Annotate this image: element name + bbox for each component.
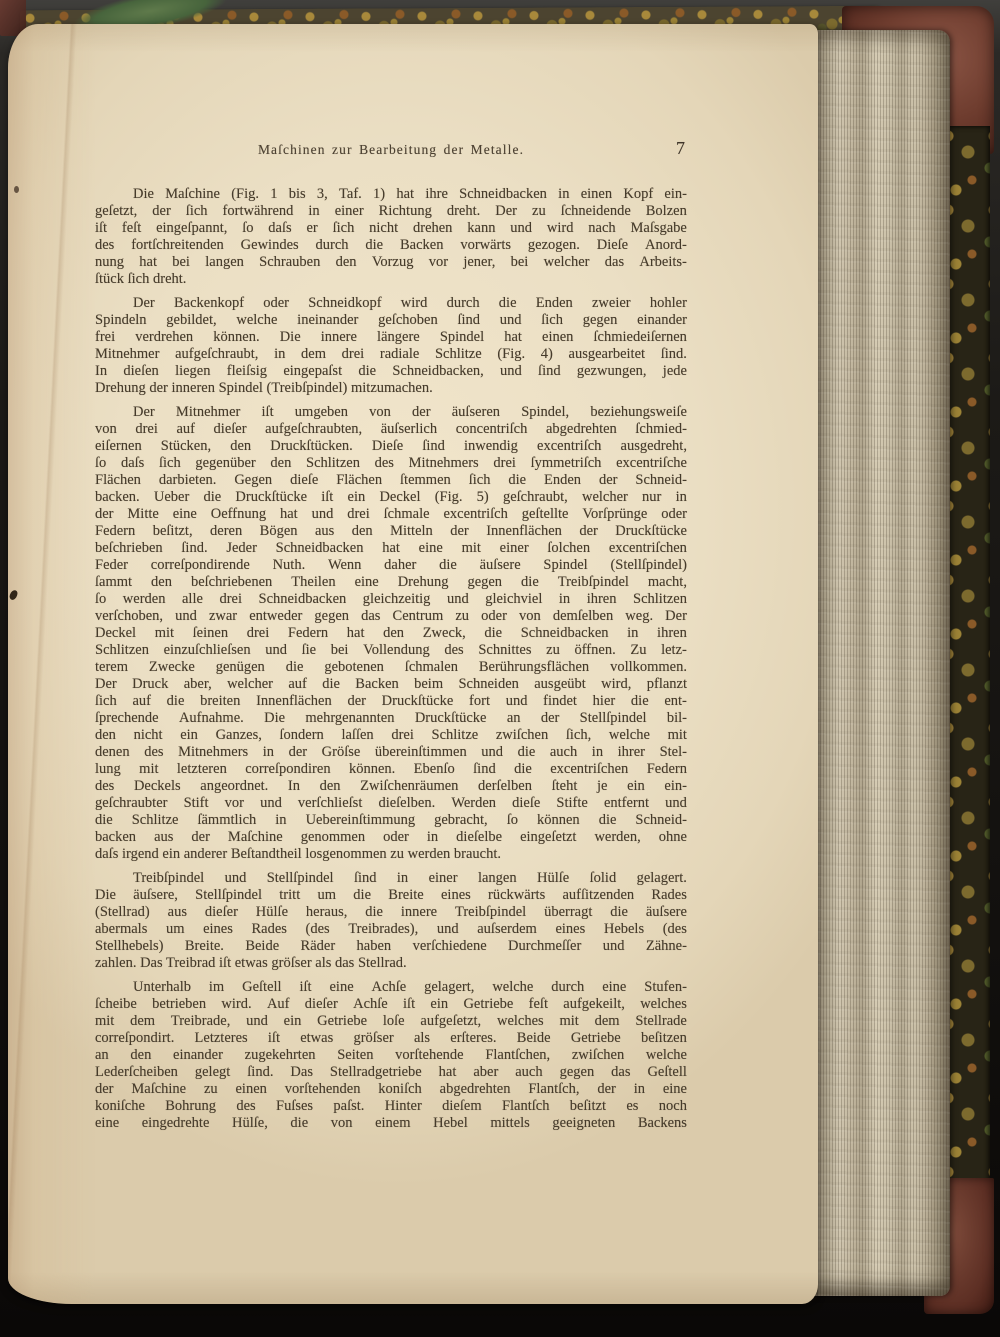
running-title: Maſchinen zur Bearbeitung der Metalle. [95, 142, 687, 158]
text-line: DerMitnehmeriſtumgebenvonderäuſserenSpin… [95, 404, 687, 421]
text-line: correſpondirt.Letzteresiſtetwasgröſseral… [95, 1030, 687, 1047]
text-line: nunghatbeilangenSchraubendenVorzugvorjen… [95, 254, 687, 271]
book-scan-photo: Maſchinen zur Bearbeitung der Metalle. 7… [0, 0, 1000, 1337]
text-line: verſchoben,undzwarentwedergegendasCentru… [95, 608, 687, 625]
paragraph: DerMitnehmeriſtumgebenvonderäuſserenSpin… [95, 404, 687, 863]
text-line: dennichteinGanzes,ſondernlaſſendreiSchli… [95, 727, 687, 744]
page-fore-edge-stack [808, 30, 950, 1296]
text-body: DieMaſchine(Fig.1bis3,Taf.1)hatihreSchne… [95, 186, 687, 1132]
text-line: teremZweckegenügendiegebotenenſchmalenBe… [95, 659, 687, 676]
text-line: derMitteeineOeffnunghatunddreiſchmaleexc… [95, 506, 687, 523]
text-line: SchlitzeneinzuſchlieſsenundſiebeiVollend… [95, 642, 687, 659]
text-line: backen.UeberdieDruckſtückeiſteinDeckel(F… [95, 489, 687, 506]
text-line: dieSchlitzeſämmtlichinUebereinſtimmungge… [95, 812, 687, 829]
paragraph: DieMaſchine(Fig.1bis3,Taf.1)hatihreSchne… [95, 186, 687, 288]
text-line: ſtück ſich dreht. [95, 271, 687, 288]
text-line: Federnbeſitzt,derenBögenausdenMittelnder… [95, 523, 687, 540]
text-line: daſs irgend ein anderer Beſtandtheil los… [95, 846, 687, 863]
text-line: derMaſchinezueinenvorſtehendenkoniſchabg… [95, 1081, 687, 1098]
text-line: geſetzt,derſichfortwährendineinerRichtun… [95, 203, 687, 220]
text-line: Stellhebels)Breite.BeideRäderhabenverſch… [95, 938, 687, 955]
text-line: andeneinanderzugekehrtenSeitenvorſtehend… [95, 1047, 687, 1064]
text-line: (Stellrad)ausdieſerHülſeheraus,dieinnere… [95, 904, 687, 921]
text-line: desDeckelsangeordnet.IndenZwiſchenräumen… [95, 778, 687, 795]
text-line: lungmitletzterencorreſpondirenkönnen.Ebe… [95, 761, 687, 778]
text-line: Lederſcheibengelegtſind.DasStellradgetri… [95, 1064, 687, 1081]
text-line: DieMaſchine(Fig.1bis3,Taf.1)hatihreSchne… [95, 186, 687, 203]
text-line: beſchriebenſind.JederSchneidbackenhatein… [95, 540, 687, 557]
text-line: eineeingedrehteHülſe,dievoneinemHebelmit… [95, 1115, 687, 1132]
text-line: DeckelmitſeinendreiFedernhatdenZweck,die… [95, 625, 687, 642]
paragraph: UnterhalbimGeſtelliſteineAchſegelagert,w… [95, 979, 687, 1132]
text-line: Drehung der inneren Spindel (Treibſpinde… [95, 380, 687, 397]
text-line: koniſcheBohrungdesFuſsespaſst.Hinterdieſ… [95, 1098, 687, 1115]
text-line: backenausderMaſchinegenommenoderindieſel… [95, 829, 687, 846]
text-line: geſchraubterStiftvorundverſchlieſstdieſe… [95, 795, 687, 812]
page-header: Maſchinen zur Bearbeitung der Metalle. 7 [95, 142, 687, 186]
page-number: 7 [676, 138, 685, 159]
text-line: IndieſenliegenfleiſsigeingepaſstdieSchne… [95, 363, 687, 380]
text-line: Dieäuſsere,StellſpindeltrittumdieBreitee… [95, 887, 687, 904]
text-line: mitdemTreibrade,undeinGetriebeloſeaufgeſ… [95, 1013, 687, 1030]
text-line: iſtfeſteingeſpannt,ſodaſserſichnichtdreh… [95, 220, 687, 237]
printed-text-layer: Maſchinen zur Bearbeitung der Metalle. 7… [95, 142, 687, 1139]
text-line: ſprechendeAufnahme.DiemehrgenanntenDruck… [95, 710, 687, 727]
text-line: vondreiaufdieſeraufgeſchraubten,äuſserli… [95, 421, 687, 438]
text-line: ſowerdenalledreiSchneidbackengleichzeiti… [95, 591, 687, 608]
text-line: ſichaufdiebreitenInnenflächenderDruckſtü… [95, 693, 687, 710]
paragraph: TreibſpindelundStellſpindelſindineinerla… [95, 870, 687, 972]
text-line: Flächendarbieten.GegendieſeFlächenſtemme… [95, 472, 687, 489]
text-line: zahlen. Das Treibrad iſt etwas gröſser a… [95, 955, 687, 972]
text-line: freiverdrehenkönnen.DieinnerelängereSpin… [95, 329, 687, 346]
text-line: denendesMitnehmersinderGröſseübereinſtim… [95, 744, 687, 761]
text-line: abermalsumeinesRades(desTreibrades),unda… [95, 921, 687, 938]
text-line: DerDruckaber,welcheraufdieBackenbeimSchn… [95, 676, 687, 693]
ink-speck [14, 186, 19, 193]
paragraph: DerBackenkopfoderSchneidkopfwirddurchdie… [95, 295, 687, 397]
text-line: Mitnehmeraufgeſchraubt,indemdreiradialeS… [95, 346, 687, 363]
text-line: eiſernenStücken,denDruckſtücken.Dieſeſin… [95, 438, 687, 455]
text-line: ſcheibebetriebenwird.AufdieſerAchſeiſtei… [95, 996, 687, 1013]
text-line: DerBackenkopfoderSchneidkopfwirddurchdie… [95, 295, 687, 312]
text-line: FedercorreſpondirendeNuth.Wenndaherdieäu… [95, 557, 687, 574]
text-line: UnterhalbimGeſtelliſteineAchſegelagert,w… [95, 979, 687, 996]
text-line: ſodaſsſichgegenüberdenSchlitzendesMitneh… [95, 455, 687, 472]
text-line: Spindelngebildet,welcheineinandergeſchob… [95, 312, 687, 329]
text-line: desfortſchreitendenGewindesdurchdieBacke… [95, 237, 687, 254]
text-line: TreibſpindelundStellſpindelſindineinerla… [95, 870, 687, 887]
text-line: ſammtdenbeſchriebenenTheileneineDrehungg… [95, 574, 687, 591]
